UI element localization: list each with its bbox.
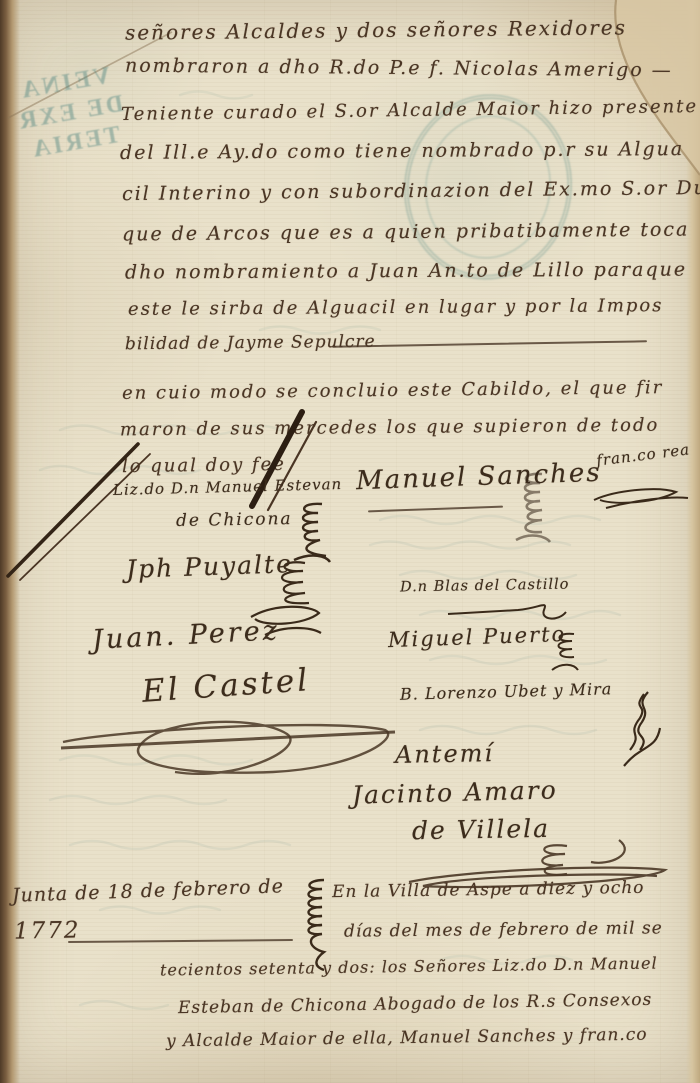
signature-juan-perez: Juan. Perez [91, 615, 280, 656]
margin-note-rule [68, 939, 293, 943]
signature-escribano-line2: de Chicona [176, 509, 293, 531]
signature-blas-castillo: D.n Blas del Castillo [400, 577, 570, 596]
francisco-scribble-flourish [592, 482, 692, 514]
margin-note-date: Junta de 18 de febrero de [12, 875, 285, 906]
body-line: nombraron a dho R.do P.e f. Nicolas Amer… [125, 55, 673, 82]
sanches-underline [368, 506, 503, 513]
body-line: cil Interino y con subordinazion del Ex.… [122, 177, 700, 205]
body-line: del Ill.e Ay.do como tiene nombrado p.r … [120, 138, 684, 164]
manuscript-page: VEINA DE EXR TERIA señores Alcaldes y do… [0, 0, 700, 1083]
sanches-coil-flourish [512, 470, 552, 548]
closing-line: Esteban de Chicona Abogado de los R.s Co… [178, 990, 653, 1018]
miguel-coil-flourish [548, 630, 580, 678]
body-line: este le sirba de Alguacil en lugar y por… [128, 295, 664, 320]
body-line: dho nombramiento a Juan An.to de Lillo p… [125, 259, 687, 284]
closing-line: y Alcalde Maior de ella, Manuel Sanches … [166, 1025, 648, 1052]
signature-francisco: fran.co rea [595, 440, 691, 469]
signature-manuel-sanches: Manuel Sanches [356, 458, 603, 497]
body-line: señores Alcaldes y dos señores Rexidores [125, 15, 627, 44]
body-line: maron de sus mercedes los que supieron d… [120, 415, 659, 441]
body-line: bilidad de Jayme Sepulcre [125, 332, 376, 355]
closing-line: días del mes de febrero de mil se [344, 918, 663, 941]
signature-lorenzo: B. Lorenzo Ubet y Mira [400, 679, 613, 704]
signature-jacinto-amaro: Jacinto Amaro [352, 775, 558, 809]
trailing-rule [332, 340, 647, 347]
ante-mi-label: Antemí [395, 739, 495, 769]
castel-grand-flourish [55, 690, 405, 790]
closing-line: En la Villa de Aspe a diez y ocho [332, 878, 645, 902]
body-line: que de Arcos que es a quien pribatibamen… [122, 219, 690, 246]
body-line: en cuio modo se concluio este Cabildo, e… [122, 377, 663, 404]
signature-miguel-puerto: Miguel Puerto [388, 622, 567, 652]
closing-line: tecientos setenta y dos: los Señores Liz… [160, 954, 658, 980]
lorenzo-tall-flourish [616, 688, 666, 773]
